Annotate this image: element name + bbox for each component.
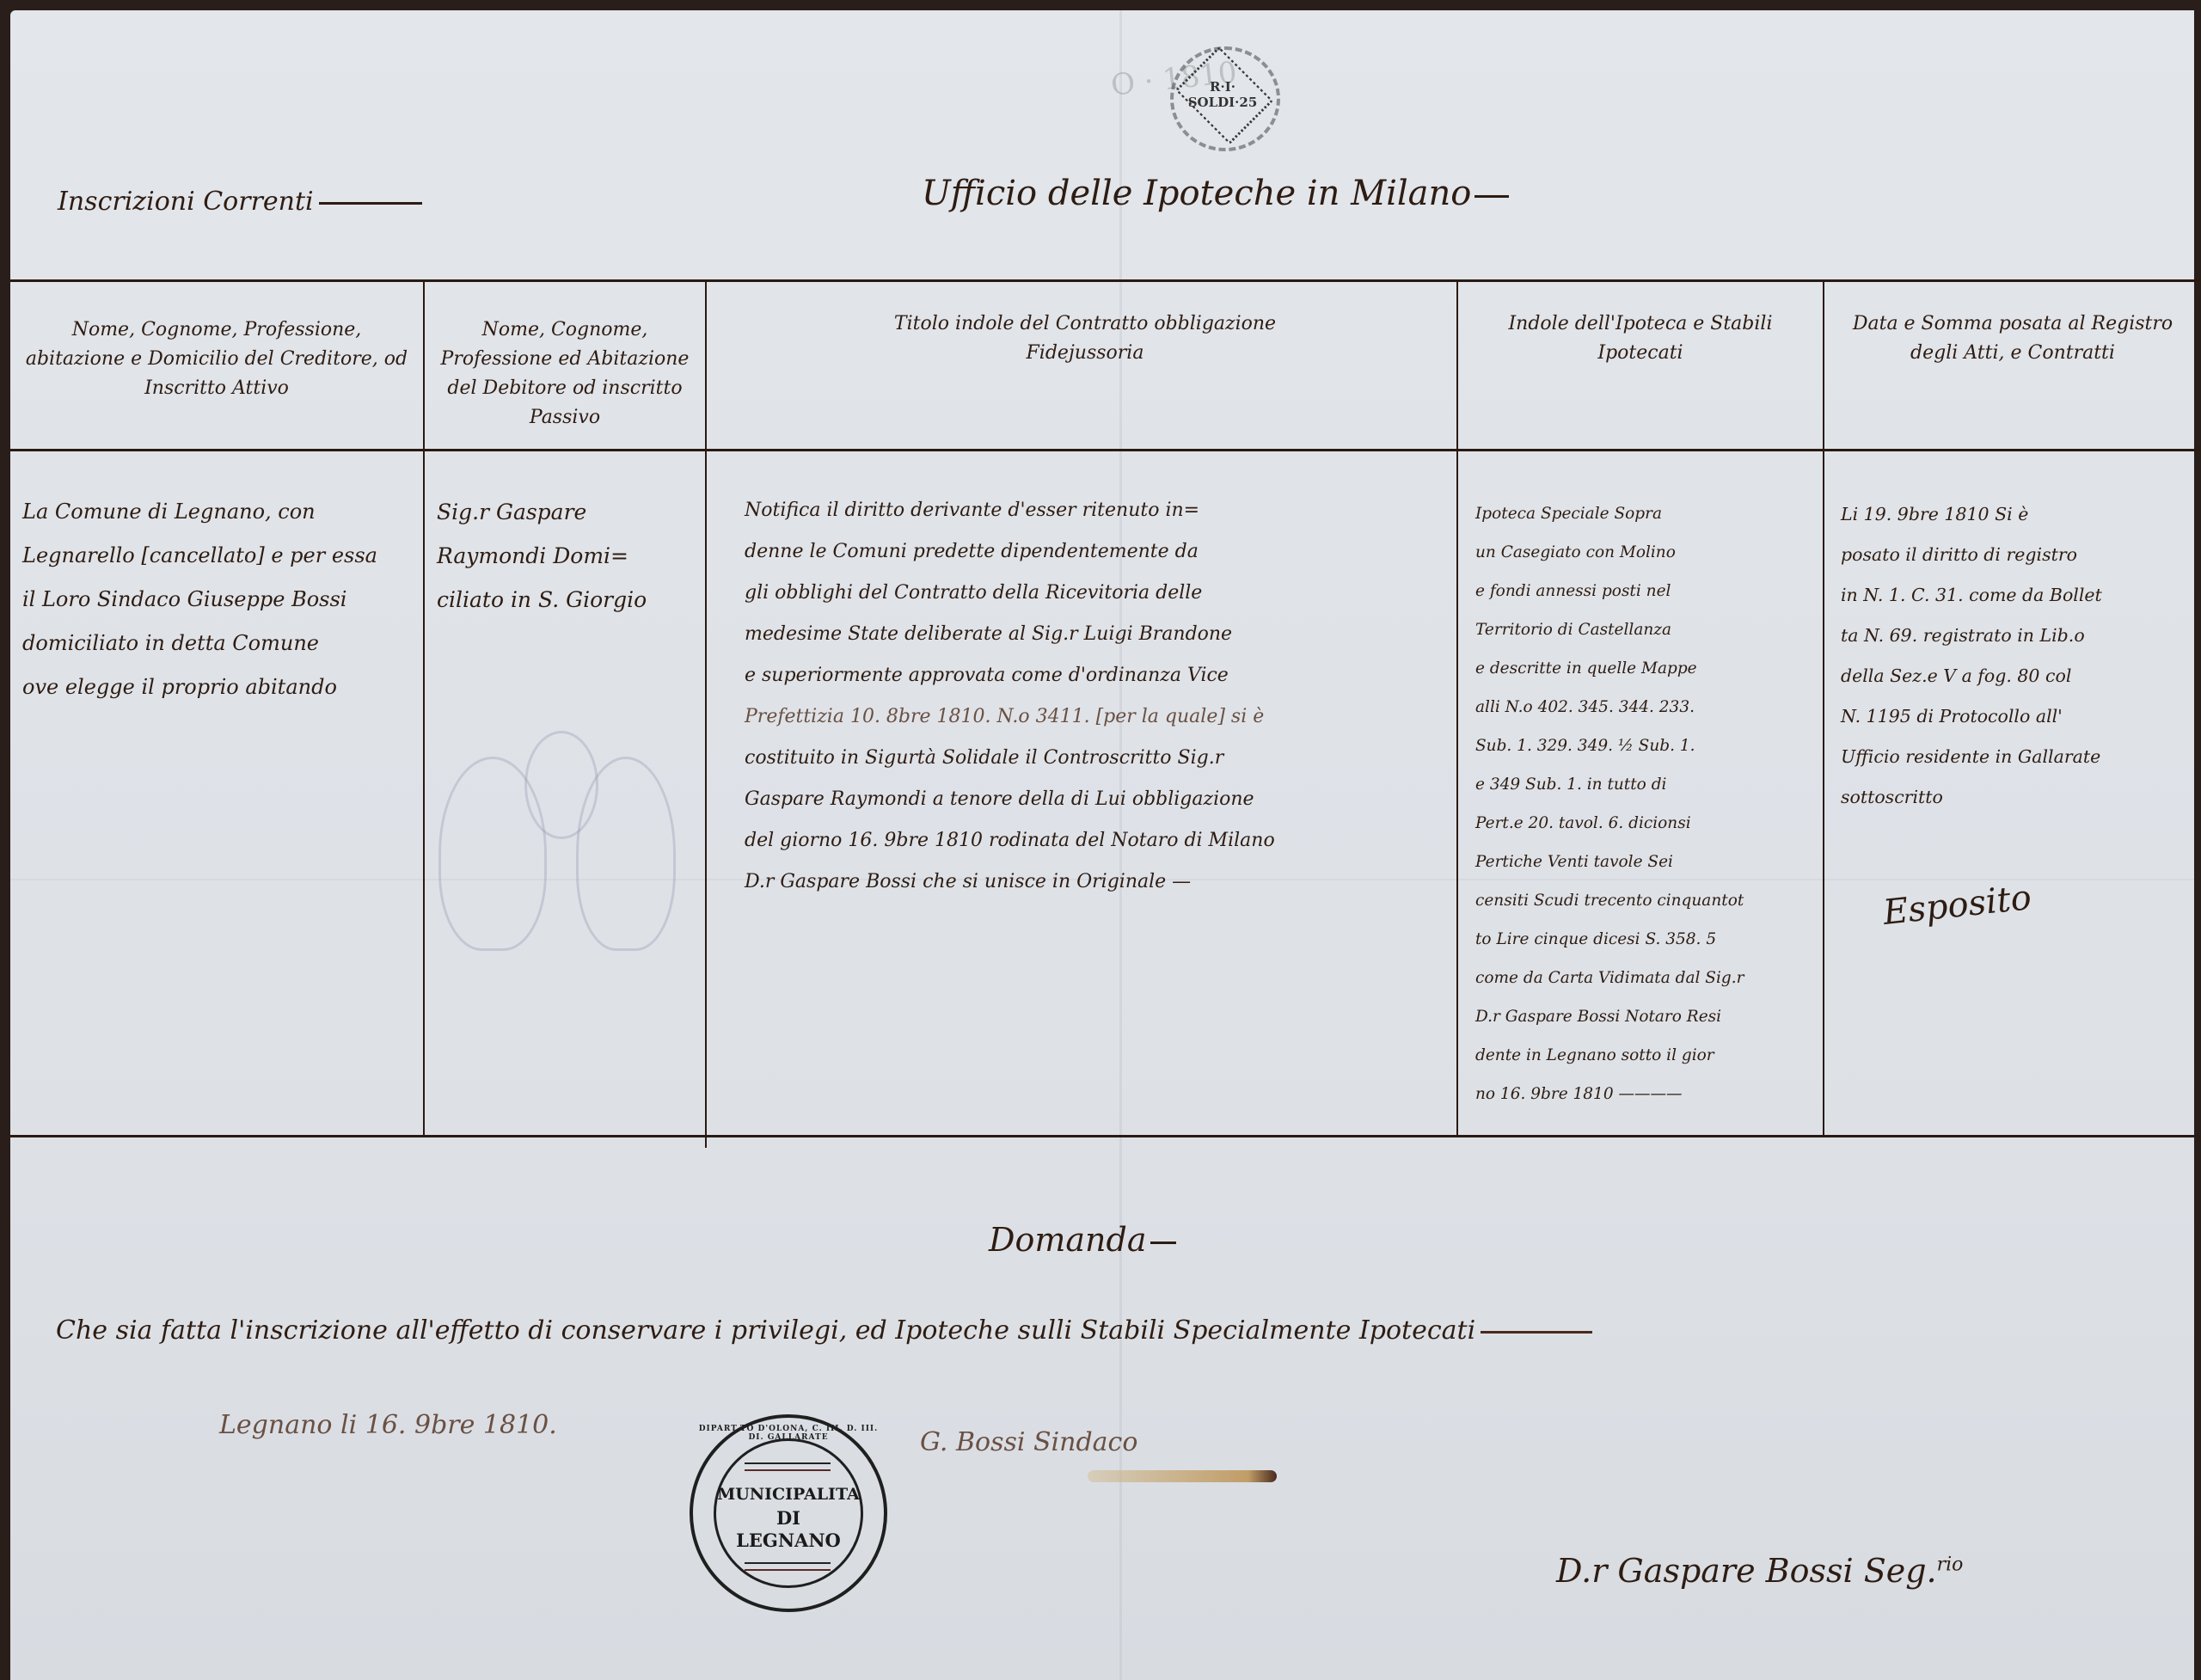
seal-ring-text: DIPART.TO D'OLONA, C. III. D. III. DI. G…	[693, 1425, 884, 1442]
creditor-line: il Loro Sindaco Giuseppe Bossi	[22, 578, 411, 622]
contract-line: denne le Comuni predette dipendentemente…	[745, 531, 1443, 573]
mortgage-line: Pert.e 20. tavol. 6. dicionsi	[1475, 804, 1811, 843]
registration-line: Ufficio residente in Gallarate	[1841, 737, 2189, 777]
seal-word: MUNICIPALITA	[693, 1485, 884, 1504]
mortgage-line: Pertiche Venti tavole Sei	[1475, 843, 1811, 881]
creditor-line: La Comune di Legnano, con	[22, 490, 411, 534]
mortgage-line: to Lire cinque dicesi S. 358. 5	[1475, 920, 1811, 959]
mortgage-line: come da Carta Vidimata dal Sig.r	[1475, 959, 1811, 997]
mortgage-line: D.r Gaspare Bossi Notaro Resi	[1475, 997, 1811, 1036]
table-top-rule	[10, 279, 2201, 282]
registration-line: sottoscritto	[1841, 777, 2189, 818]
header-bottom-rule	[10, 449, 2201, 451]
tax-stamp: R·I· SOLDI·25	[1167, 45, 1278, 148]
contract-line: Notifica il diritto derivante d'esser ri…	[745, 490, 1443, 531]
debtor-line: Raymondi Domi=	[437, 534, 693, 578]
mortgage-line: Territorio di Castellanza	[1475, 610, 1811, 649]
contract-line: Gaspare Raymondi a tenore della di Lui o…	[745, 779, 1443, 820]
creditor-cell: La Comune di Legnano, con Legnarello [ca…	[10, 490, 423, 709]
request-heading: Domanda	[989, 1221, 1176, 1259]
tax-stamp-line1: R·I·	[1167, 79, 1278, 95]
table-bottom-rule	[10, 1135, 2201, 1137]
registration-cell: Li 19. 9bre 1810 Si è posato il diritto …	[1829, 494, 2201, 818]
mayor-signature: G. Bossi Sindaco	[920, 1427, 1137, 1457]
mortgage-line: alli N.o 402. 345. 344. 233.	[1475, 688, 1811, 727]
contract-line: e superiormente approvata come d'ordinan…	[745, 655, 1443, 696]
eagle-watermark-icon	[430, 722, 688, 972]
debtor-line: Sig.r Gaspare	[437, 490, 693, 534]
contract-line: del giorno 16. 9bre 1810 rodinata del No…	[745, 820, 1443, 861]
municipal-seal: DIPART.TO D'OLONA, C. III. D. III. DI. G…	[690, 1414, 887, 1612]
mortgage-line: Ipoteca Speciale Sopra	[1475, 494, 1811, 533]
mortgage-line: e descritte in quelle Mappe	[1475, 649, 1811, 688]
secretary-name: D.r Gaspare Bossi Seg.	[1556, 1552, 1937, 1590]
mortgage-line: censiti Scudi trecento cinquantot	[1475, 881, 1811, 920]
contract-line: costituito in Sigurtà Solidale il Contro…	[745, 738, 1443, 779]
contract-line: D.r Gaspare Bossi che si unisce in Origi…	[745, 861, 1443, 903]
contract-line: gli obblighi del Contratto della Ricevit…	[745, 573, 1443, 614]
registration-line: posato il diritto di registro	[1841, 535, 2189, 575]
office-title: Ufficio delle Ipoteche in Milano	[922, 174, 1509, 213]
tax-stamp-line2: SOLDI·25	[1167, 95, 1278, 110]
mortgage-line: no 16. 9bre 1810 ————	[1475, 1075, 1811, 1113]
registration-line: in N. 1. C. 31. come da Bollet	[1841, 575, 2189, 616]
creditor-line: Legnarello [cancellato] e per essa	[22, 534, 411, 578]
column-divider	[1823, 279, 1824, 1137]
creditor-line: ove elegge il proprio abitando	[22, 665, 411, 709]
header-contract: Titolo indole del Contratto obbligazione…	[870, 310, 1300, 368]
header-registration: Data e Somma posata al Registro degli At…	[1824, 310, 2201, 368]
registration-line: ta N. 69. registrato in Lib.o	[1841, 616, 2189, 656]
header-mortgage: Indole dell'Ipoteca e Stabili Ipotecati	[1458, 310, 1823, 368]
registration-line: della Sez.e V a fog. 80 col	[1841, 656, 2189, 696]
seal-word: DI	[693, 1507, 884, 1529]
contract-cell: Notifica il diritto derivante d'esser ri…	[733, 490, 1455, 903]
mortgage-line: un Casegiato con Molino	[1475, 533, 1811, 572]
seal-word: LEGNANO	[693, 1530, 884, 1551]
head-shape	[524, 731, 598, 839]
header-left-title: Inscrizioni Correnti	[58, 187, 422, 217]
contract-line: medesime State deliberate al Sig.r Luigi…	[745, 614, 1443, 655]
creditor-line: domiciliato in detta Comune	[22, 622, 411, 665]
column-divider	[1456, 279, 1458, 1137]
secretary-suffix: rio	[1937, 1554, 1964, 1575]
header-creditor: Nome, Cognome, Professione, abitazione e…	[10, 316, 423, 403]
registration-line: N. 1195 di Protocollo all'	[1841, 696, 2189, 737]
seal-bar	[745, 1562, 831, 1571]
wax-seal-smear	[1088, 1470, 1277, 1482]
registration-table: Nome, Cognome, Professione, abitazione e…	[10, 279, 2201, 1139]
request-text: Che sia fatta l'inscrizione all'effetto …	[56, 1315, 1592, 1346]
secretary-signature: D.r Gaspare Bossi Seg.rio	[1556, 1552, 1963, 1590]
column-divider	[705, 279, 707, 1148]
seal-bar	[745, 1462, 831, 1471]
debtor-cell: Sig.r Gaspare Raymondi Domi= ciliato in …	[425, 490, 705, 622]
mortgage-line: dente in Legnano sotto il gior	[1475, 1036, 1811, 1075]
place-date: Legnano li 16. 9bre 1810.	[219, 1410, 557, 1440]
contract-line: Prefettizia 10. 8bre 1810. N.o 3411. [pe…	[745, 696, 1443, 738]
debtor-line: ciliato in S. Giorgio	[437, 578, 693, 622]
mortgage-line: Sub. 1. 329. 349. ½ Sub. 1.	[1475, 727, 1811, 765]
registration-line: Li 19. 9bre 1810 Si è	[1841, 494, 2189, 535]
mortgage-line: e fondi annessi posti nel	[1475, 572, 1811, 610]
mortgage-cell: Ipoteca Speciale Sopra un Casegiato con …	[1463, 494, 1823, 1113]
mortgage-line: e 349 Sub. 1. in tutto di	[1475, 765, 1811, 804]
header-debtor: Nome, Cognome, Professione ed Abitazione…	[425, 316, 705, 432]
